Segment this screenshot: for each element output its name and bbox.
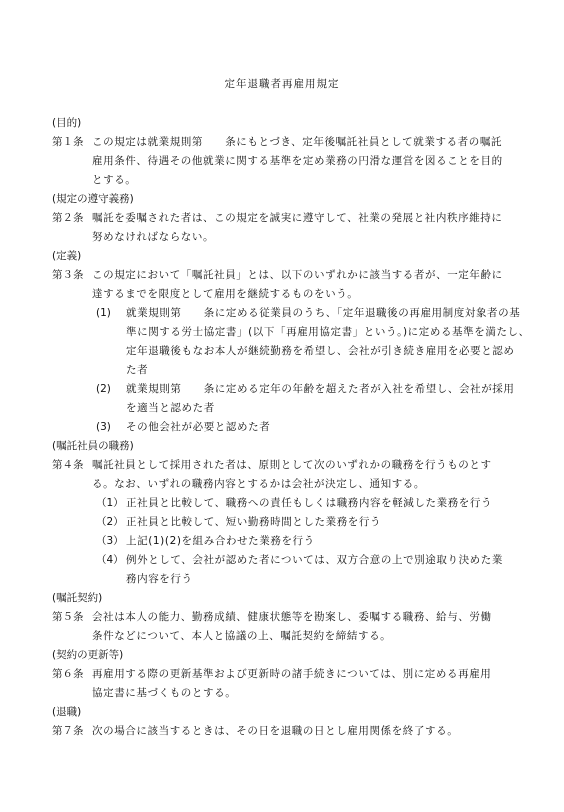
article-6: (契約の更新等) 第６条 再雇用する際の更新基準および更新時の諸手続きについては…	[52, 646, 512, 703]
item-number: （2）	[92, 513, 126, 532]
article-text-line: 条件などについて、本人と協議の上、嘱託契約を締結する。	[92, 627, 512, 646]
list-item: （2） 正社員と比較して、短い勤務時間とした業務を行う	[52, 513, 512, 532]
article-number: 第１条	[52, 133, 92, 152]
item-text-line: 正社員と比較して、短い勤務時間とした業務を行う	[126, 513, 512, 532]
list-item: (1) 就業規則第 条に定める従業員のうち、「定年退職後の再雇用制度対象者の基 …	[52, 304, 512, 380]
article-number: 第７条	[52, 722, 92, 741]
list-item: （3） 上記(1)(2)を組み合わせた業務を行う	[52, 532, 512, 551]
article-text-line: この規定は就業規則第 条にもとづき、定年後嘱託社員として就業する者の嘱託	[92, 133, 512, 152]
item-text-line: 例外として、会社が認めた者については、双方合意の上で別途取り決めた業	[126, 551, 512, 570]
document-title: 定年退職者再雇用規定	[52, 76, 512, 91]
item-text-line: 準に関する労士協定書」(以下「再雇用協定書」という。)に定める基準を満たし、	[126, 323, 530, 342]
article-text-line: 嘱託を委嘱された者は、この規定を誠実に遵守して、社業の発展と社内秩序維持に	[92, 209, 512, 228]
article-text-line: 雇用条件、待遇その他就業に関する基準を定め業務の円滑な運営を図ることを目的	[92, 152, 512, 171]
item-number: （1）	[92, 494, 126, 513]
article-3: (定義) 第３条 この規定において「嘱託社員」とは、以下のいずれかに該当する者が…	[52, 247, 512, 437]
section-heading: (定義)	[52, 247, 512, 266]
section-heading: (契約の更新等)	[52, 646, 512, 665]
list-item: （1） 正社員と比較して、職務への責任もしくは職務内容を軽減した業務を行う	[52, 494, 512, 513]
article-number: 第５条	[52, 608, 92, 627]
item-number: (1)	[92, 304, 126, 323]
article-2: (規定の遵守義務) 第２条 嘱託を委嘱された者は、この規定を誠実に遵守して、社業…	[52, 190, 512, 247]
article-number: 第４条	[52, 456, 92, 475]
article-text-line: 努めなければならない。	[92, 228, 512, 247]
list-item: (3) その他会社が必要と認めた者	[52, 418, 512, 437]
section-heading: (退職)	[52, 703, 512, 722]
document-body: (目的) 第１条 この規定は就業規則第 条にもとづき、定年後嘱託社員として就業す…	[52, 114, 512, 741]
item-number: (2)	[92, 380, 126, 399]
item-text-line: その他会社が必要と認めた者	[126, 418, 512, 437]
list-item: (2) 就業規則第 条に定める定年の年齢を超えた者が入社を希望し、会社が採用 を…	[52, 380, 512, 418]
item-text-line: 就業規則第 条に定める定年の年齢を超えた者が入社を希望し、会社が採用	[126, 380, 515, 399]
article-text-line: この規定において「嘱託社員」とは、以下のいずれかに該当する者が、一定年齢に	[92, 266, 512, 285]
article-text-line: 会社は本人の能力、勤務成績、健康状態等を勘案し、委嘱する職務、給与、労働	[92, 608, 512, 627]
item-number: （3）	[92, 532, 126, 551]
item-text-line: 務内容を行う	[126, 570, 512, 589]
section-heading: (嘱託社員の職務)	[52, 437, 512, 456]
section-heading: (目的)	[52, 114, 512, 133]
article-number: 第６条	[52, 665, 92, 684]
item-text-line: 定年退職後もなお本人が継続勤務を希望し、会社が引き続き雇用を必要と認め	[126, 342, 530, 361]
article-text-line: 次の場合に該当するときは、その日を退職の日とし雇用関係を終了する。	[92, 722, 512, 741]
article-5: (嘱託契約) 第５条 会社は本人の能力、勤務成績、健康状態等を勘案し、委嘱する職…	[52, 589, 512, 646]
item-text-line: を適当と認めた者	[126, 399, 515, 418]
article-text-line: 達するまでを限度として雇用を継続するものをいう。	[92, 285, 512, 304]
list-item: （4） 例外として、会社が認めた者については、双方合意の上で別途取り決めた業 務…	[52, 551, 512, 589]
article-text-line: 嘱託社員として採用された者は、原則として次のいずれかの職務を行うものとす	[92, 456, 512, 475]
article-number: 第２条	[52, 209, 92, 228]
section-heading: (嘱託契約)	[52, 589, 512, 608]
article-text-line: 再雇用する際の更新基準および更新時の諸手続きについては、別に定める再雇用	[92, 665, 512, 684]
item-text-line: 就業規則第 条に定める従業員のうち、「定年退職後の再雇用制度対象者の基	[126, 304, 530, 323]
item-text-line: た者	[126, 361, 530, 380]
item-text-line: 上記(1)(2)を組み合わせた業務を行う	[126, 532, 512, 551]
article-4: (嘱託社員の職務) 第４条 嘱託社員として採用された者は、原則として次のいずれか…	[52, 437, 512, 589]
article-text-line: る。なお、いずれの職務内容とするかは会社が決定し、通知する。	[92, 475, 512, 494]
article-text-line: 協定書に基づくものとする。	[92, 684, 512, 703]
article-number: 第３条	[52, 266, 92, 285]
section-heading: (規定の遵守義務)	[52, 190, 512, 209]
item-text-line: 正社員と比較して、職務への責任もしくは職務内容を軽減した業務を行う	[126, 494, 512, 513]
article-text-line: とする。	[92, 171, 512, 190]
item-number: （4）	[92, 551, 126, 570]
item-number: (3)	[92, 418, 126, 437]
article-7: (退職) 第７条 次の場合に該当するときは、その日を退職の日とし雇用関係を終了す…	[52, 703, 512, 741]
article-1: (目的) 第１条 この規定は就業規則第 条にもとづき、定年後嘱託社員として就業す…	[52, 114, 512, 190]
